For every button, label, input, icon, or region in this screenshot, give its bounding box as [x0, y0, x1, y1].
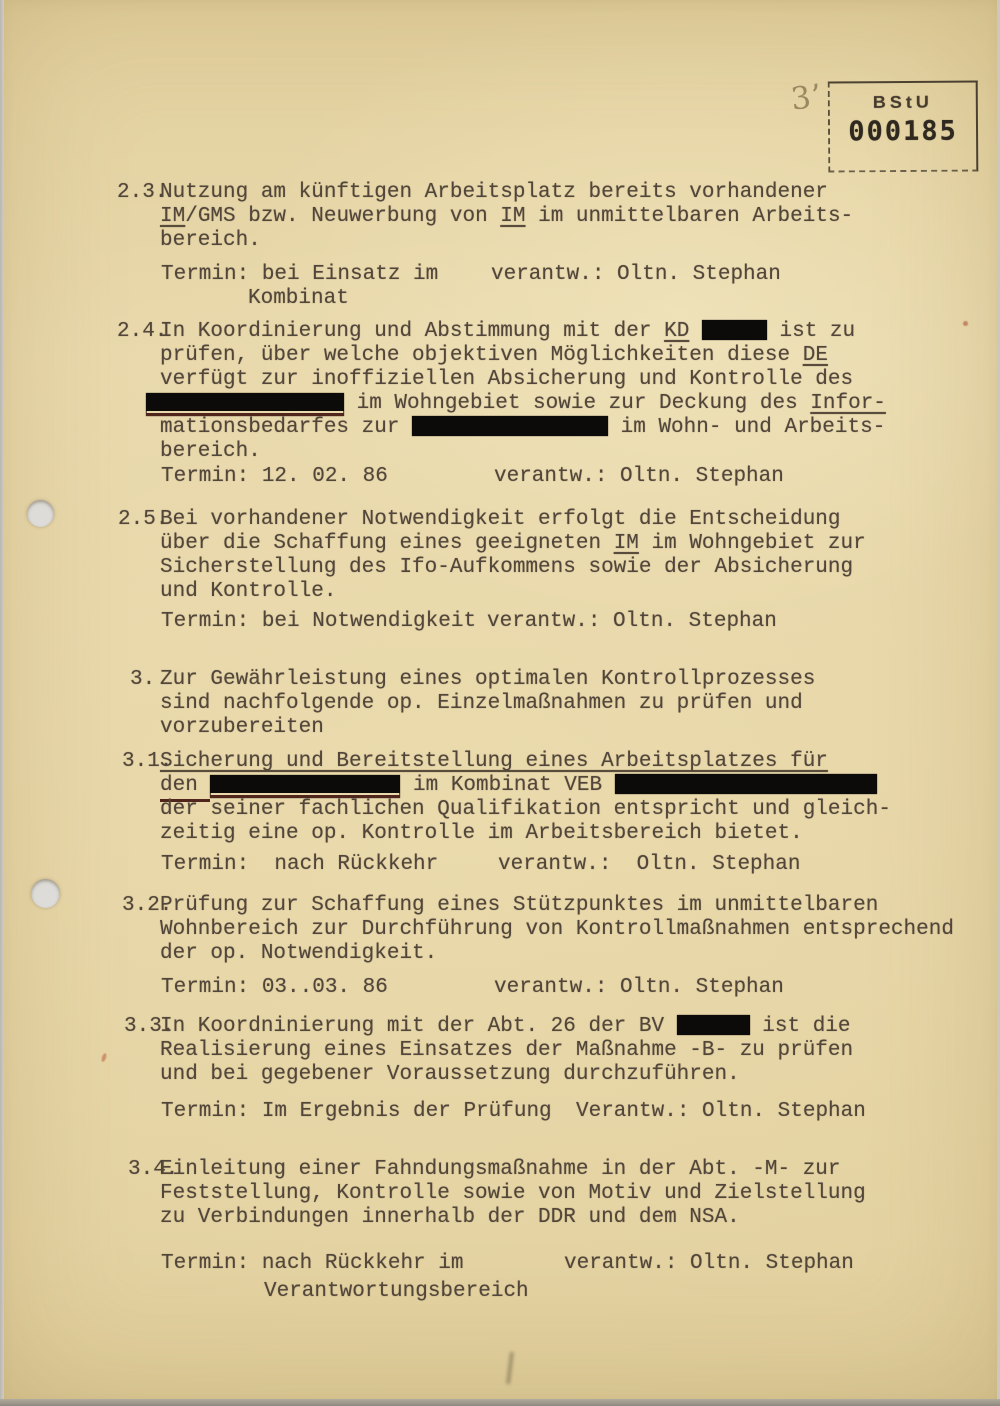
text-segment: Sicherung und Bereitstellung eines Arbei…: [160, 750, 828, 773]
text-segment: bereich.: [160, 229, 261, 252]
text-segment: Zur Gewährleistung eines optimalen Kontr…: [160, 668, 815, 691]
text-segment: Sicherstellung des Ifo-Aufkommens sowie …: [160, 556, 853, 579]
text-segment: bereich.: [160, 440, 261, 463]
termin-label: Termin: bei Notwendigkeit: [161, 610, 476, 633]
document-body: 2.3.Nutzung am künftigen Arbeitsplatz be…: [0, 0, 1000, 1406]
text-line: Sicherung und Bereitstellung eines Arbei…: [160, 750, 891, 774]
text-line: bereich.: [160, 440, 886, 464]
text-segment: im Wohngebiet zur: [639, 532, 866, 555]
text-segment: und bei gegebener Voraussetzung durchzuf…: [160, 1063, 740, 1086]
text-line: zeitig eine op. Kontrolle im Arbeitsbere…: [160, 822, 891, 846]
section-text: Sicherung und Bereitstellung eines Arbei…: [160, 750, 891, 846]
scan-edge-bottom: [0, 1399, 1000, 1406]
text-line: und bei gegebener Voraussetzung durchzuf…: [160, 1063, 853, 1087]
termin-label: Termin: 03..03. 86: [161, 976, 388, 999]
section-text: In Koordinierung und Abstimmung mit der …: [160, 320, 886, 464]
text-line: prüfen, über welche objektiven Möglichke…: [160, 344, 886, 368]
text-segment: Prüfung zur Schaffung eines Stützpunktes…: [160, 894, 878, 917]
termin-label: Termin: bei Einsatz im: [161, 263, 438, 286]
text-line: und Kontrolle.: [160, 580, 866, 604]
text-line: sind nachfolgende op. Einzelmaßnahmen zu…: [160, 692, 815, 716]
redaction-bar: [412, 416, 608, 436]
text-line: IM/GMS bzw. Neuwerbung von IM im unmitte…: [160, 205, 853, 229]
text-segment: im Kombinat VEB: [400, 774, 614, 797]
termin-line: Termin: Im Ergebnis der PrüfungVerantw.:…: [161, 1100, 552, 1124]
text-segment: DE: [803, 344, 828, 367]
text-segment: IM: [160, 205, 185, 228]
text-segment: In Koordinierung und Abstimmung mit der: [160, 320, 664, 343]
termin-line: Termin: 03..03. 86verantw.: Oltn. Stepha…: [161, 976, 388, 1000]
responsible-label: Verantw.: Oltn. Stephan: [576, 1100, 866, 1124]
text-line: Zur Gewährleistung eines optimalen Kontr…: [160, 668, 815, 692]
text-segment: der op. Notwendigkeit.: [160, 942, 437, 965]
termin-line: Termin: bei Notwendigkeitverantw.: Oltn.…: [161, 610, 476, 634]
responsible-label: verantw.: Oltn. Stephan: [487, 610, 777, 634]
text-line: In Koordninierung mit der Abt. 26 der BV…: [160, 1015, 853, 1039]
text-segment: im unmittelbaren Arbeits-: [526, 205, 854, 228]
hole-punch-top: [27, 500, 54, 527]
text-line: Einleitung einer Fahndungsmaßnahme in de…: [160, 1158, 866, 1182]
text-segment: Nutzung am künftigen Arbeitsplatz bereit…: [160, 181, 828, 204]
text-segment: IM: [614, 532, 639, 555]
text-segment: zeitig eine op. Kontrolle im Arbeitsbere…: [160, 822, 803, 845]
scanned-document-page: 3ʼ BStU 000185 2.3.Nutzung am künftigen …: [0, 0, 1000, 1406]
termin-label: Termin: nach Rückkehr im: [161, 1252, 463, 1275]
text-line: der op. Notwendigkeit.: [160, 942, 954, 966]
text-line: Realisierung eines Einsatzes der Maßnahm…: [160, 1039, 853, 1063]
text-line: über die Schaffung eines geeigneten IM i…: [160, 532, 866, 556]
text-segment: prüfen, über welche objektiven Möglichke…: [160, 344, 803, 367]
section-text: In Koordninierung mit der Abt. 26 der BV…: [160, 1015, 853, 1087]
text-line: Nutzung am künftigen Arbeitsplatz bereit…: [160, 181, 853, 205]
text-segment: sind nachfolgende op. Einzelmaßnahmen zu…: [160, 692, 803, 715]
text-segment: ist zu: [767, 320, 855, 343]
text-segment: im Wohngebiet sowie zur Deckung des: [344, 392, 810, 415]
text-segment: der seiner fachlichen Qualifikation ents…: [160, 798, 891, 821]
responsible-label: verantw.: Oltn. Stephan: [498, 853, 800, 877]
text-segment: In Koordninierung mit der Abt. 26 der BV: [160, 1015, 677, 1038]
text-segment: ist die: [750, 1015, 851, 1038]
section-number: 3.: [130, 668, 155, 692]
text-line: zu Verbindungen innerhalb der DDR und de…: [160, 1206, 866, 1230]
text-segment: [689, 320, 702, 343]
text-segment: über die Schaffung eines geeigneten: [160, 532, 614, 555]
text-line: Feststellung, Kontrolle sowie von Motiv …: [160, 1182, 866, 1206]
text-segment: mationsbedarfes zur: [160, 416, 412, 439]
termin-line: Termin: nach Rückkehrverantw.: Oltn. Ste…: [161, 853, 438, 877]
responsible-label: verantw.: Oltn. Stephan: [494, 465, 784, 489]
redaction-bar: [146, 393, 344, 416]
text-line: In Koordinierung und Abstimmung mit der …: [160, 320, 886, 344]
section-text: Prüfung zur Schaffung eines Stützpunktes…: [160, 894, 954, 966]
text-line: Wohnbereich zur Durchführung von Kontrol…: [160, 918, 954, 942]
text-segment: zu Verbindungen innerhalb der DDR und de…: [160, 1206, 740, 1229]
section-text: Bei vorhandener Notwendigkeit erfolgt di…: [160, 508, 866, 604]
text-line: Prüfung zur Schaffung eines Stützpunktes…: [160, 894, 954, 918]
termin-line: Termin: bei Einsatz imverantw.: Oltn. St…: [161, 263, 438, 287]
ink-speck: [963, 321, 968, 326]
termin-label: Termin: nach Rückkehr: [161, 853, 438, 876]
responsible-label: verantw.: Oltn. Stephan: [564, 1252, 854, 1276]
text-segment: Wohnbereich zur Durchführung von Kontrol…: [160, 918, 954, 941]
termin-continuation: Kombinat: [248, 287, 349, 311]
scan-edge-left: [0, 0, 4, 1406]
text-line: mationsbedarfes zur im Wohn- und Arbeits…: [160, 416, 886, 440]
termin-label: Termin: 12. 02. 86: [161, 465, 388, 488]
text-line: der seiner fachlichen Qualifikation ents…: [160, 798, 891, 822]
section-text: Nutzung am künftigen Arbeitsplatz bereit…: [160, 181, 853, 253]
text-segment: verfügt zur inoffiziellen Absicherung un…: [160, 368, 853, 391]
text-segment: Infor-: [810, 392, 886, 415]
text-segment: /GMS bzw. Neuwerbung von: [185, 205, 500, 228]
redaction-bar: [702, 320, 767, 340]
text-line: Bei vorhandener Notwendigkeit erfolgt di…: [160, 508, 866, 532]
redaction-bar: [677, 1015, 750, 1035]
text-line: Sicherstellung des Ifo-Aufkommens sowie …: [160, 556, 866, 580]
termin-label: Termin: Im Ergebnis der Prüfung: [161, 1100, 552, 1123]
text-segment: vorzubereiten: [160, 716, 324, 739]
section-text: Zur Gewährleistung eines optimalen Kontr…: [160, 668, 815, 740]
text-segment: Bei vorhandener Notwendigkeit erfolgt di…: [160, 508, 841, 531]
redaction-bar: [210, 775, 400, 798]
text-line: vorzubereiten: [160, 716, 815, 740]
text-segment: und Kontrolle.: [160, 580, 336, 603]
text-segment: Realisierung eines Einsatzes der Maßnahm…: [160, 1039, 853, 1062]
termin-line: Termin: 12. 02. 86verantw.: Oltn. Stepha…: [161, 465, 388, 489]
text-segment: IM: [500, 205, 525, 228]
section-text: Einleitung einer Fahndungsmaßnahme in de…: [160, 1158, 866, 1230]
text-line: verfügt zur inoffiziellen Absicherung un…: [160, 368, 886, 392]
termin-line: Termin: nach Rückkehr imverantw.: Oltn. …: [161, 1252, 463, 1276]
termin-continuation: Verantwortungsbereich: [264, 1280, 529, 1304]
hole-punch-bottom: [31, 879, 60, 908]
text-line: den im Kombinat VEB: [160, 774, 891, 798]
text-line: bereich.: [160, 229, 853, 253]
text-segment: Einleitung einer Fahndungsmaßnahme in de…: [160, 1158, 841, 1181]
text-segment: Feststellung, Kontrolle sowie von Motiv …: [160, 1182, 866, 1205]
text-line: im Wohngebiet sowie zur Deckung des Info…: [160, 392, 886, 416]
responsible-label: verantw.: Oltn. Stephan: [491, 263, 781, 287]
redaction-bar: [615, 774, 877, 794]
responsible-label: verantw.: Oltn. Stephan: [494, 976, 784, 1000]
text-segment: im Wohn- und Arbeits-: [608, 416, 885, 439]
text-segment: KD: [664, 320, 689, 343]
